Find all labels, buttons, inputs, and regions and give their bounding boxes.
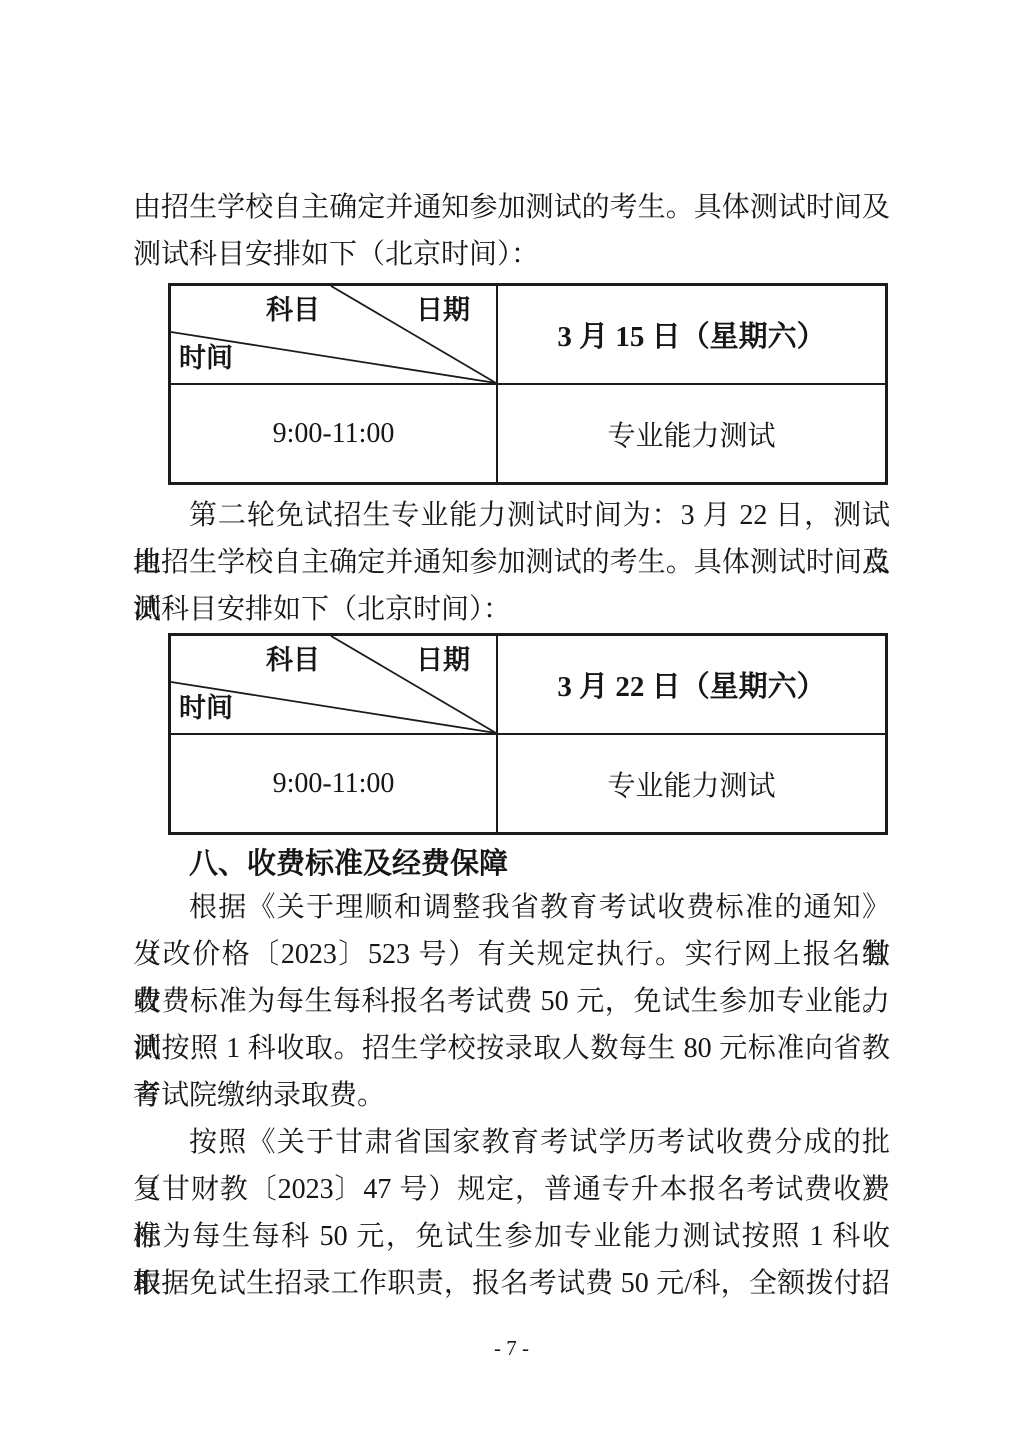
corner-date-label: 日期 <box>416 645 470 675</box>
time-cell: 9:00-11:00 <box>171 385 498 482</box>
text-line: 第二轮免试招生专业能力测试时间为：3 月 22 日，测试地点 <box>133 492 890 539</box>
corner-date-label: 日期 <box>416 295 470 325</box>
subject-cell: 专业能力测试 <box>498 385 885 482</box>
section-heading: 八、收费标准及经费保障 <box>133 844 890 884</box>
fee-standard-paragraph: 根据《关于理顺和调整我省教育考试收费标准的通知》（甘 发改价格〔2023〕523… <box>133 884 890 1119</box>
text-line: 测试科目安排如下（北京时间）： <box>133 231 890 278</box>
schedule-table-round1: 科目 日期 时间 3 月 15 日（星期六） 9:00-11:00 专业能力测试 <box>168 283 888 485</box>
time-cell: 9:00-11:00 <box>171 735 498 832</box>
table-corner-cell: 科目 日期 时间 <box>171 636 498 733</box>
text-line: 根据免试生招录工作职责，报名考试费 50 元/科，全额拨付招 <box>133 1260 890 1307</box>
round2-paragraph: 第二轮免试招生专业能力测试时间为：3 月 22 日，测试地点 由招生学校自主确定… <box>133 492 890 633</box>
text-line: 考试院缴纳录取费。 <box>133 1072 890 1119</box>
fee-split-paragraph: 按照《关于甘肃省国家教育考试学历考试收费分成的批复》 （甘财教〔2023〕47 … <box>133 1119 890 1307</box>
text-line: 试按照 1 科收取。招生学校按录取人数每生 80 元标准向省教育 <box>133 1025 890 1072</box>
date-header-cell: 3 月 15 日（星期六） <box>498 286 885 383</box>
table-row: 9:00-11:00 专业能力测试 <box>171 385 885 482</box>
table-row: 9:00-11:00 专业能力测试 <box>171 735 885 832</box>
corner-time-label: 时间 <box>179 343 233 373</box>
text-line: （甘财教〔2023〕47 号）规定，普通专升本报名考试费收费标 <box>133 1166 890 1213</box>
text-line: 收费标准为每生每科报名考试费 50 元，免试生参加专业能力测 <box>133 978 890 1025</box>
text-line: 由招生学校自主确定并通知参加测试的考生。具体测试时间及 <box>133 184 890 231</box>
subject-cell: 专业能力测试 <box>498 735 885 832</box>
corner-subject-label: 科目 <box>266 295 320 325</box>
table-header-row: 科目 日期 时间 3 月 15 日（星期六） <box>171 286 885 385</box>
table-corner-cell: 科目 日期 时间 <box>171 286 498 383</box>
intro-paragraph: 由招生学校自主确定并通知参加测试的考生。具体测试时间及 测试科目安排如下（北京时… <box>133 184 890 278</box>
text-line: 准为每生每科 50 元，免试生参加专业能力测试按照 1 科收取。 <box>133 1213 890 1260</box>
corner-time-label: 时间 <box>179 693 233 723</box>
text-line: 发改价格〔2023〕523 号）有关规定执行。实行网上报名缴费。 <box>133 931 890 978</box>
date-header-cell: 3 月 22 日（星期六） <box>498 636 885 733</box>
text-line: 按照《关于甘肃省国家教育考试学历考试收费分成的批复》 <box>133 1119 890 1166</box>
document-page: 由招生学校自主确定并通知参加测试的考生。具体测试时间及 测试科目安排如下（北京时… <box>0 0 1024 1448</box>
schedule-table-round2: 科目 日期 时间 3 月 22 日（星期六） 9:00-11:00 专业能力测试 <box>168 633 888 835</box>
page-number: - 7 - <box>133 1333 890 1363</box>
text-line: 试科目安排如下（北京时间）： <box>133 586 890 633</box>
text-line: 根据《关于理顺和调整我省教育考试收费标准的通知》（甘 <box>133 884 890 931</box>
table-header-row: 科目 日期 时间 3 月 22 日（星期六） <box>171 636 885 735</box>
text-line: 由招生学校自主确定并通知参加测试的考生。具体测试时间及测 <box>133 539 890 586</box>
corner-subject-label: 科目 <box>266 645 320 675</box>
